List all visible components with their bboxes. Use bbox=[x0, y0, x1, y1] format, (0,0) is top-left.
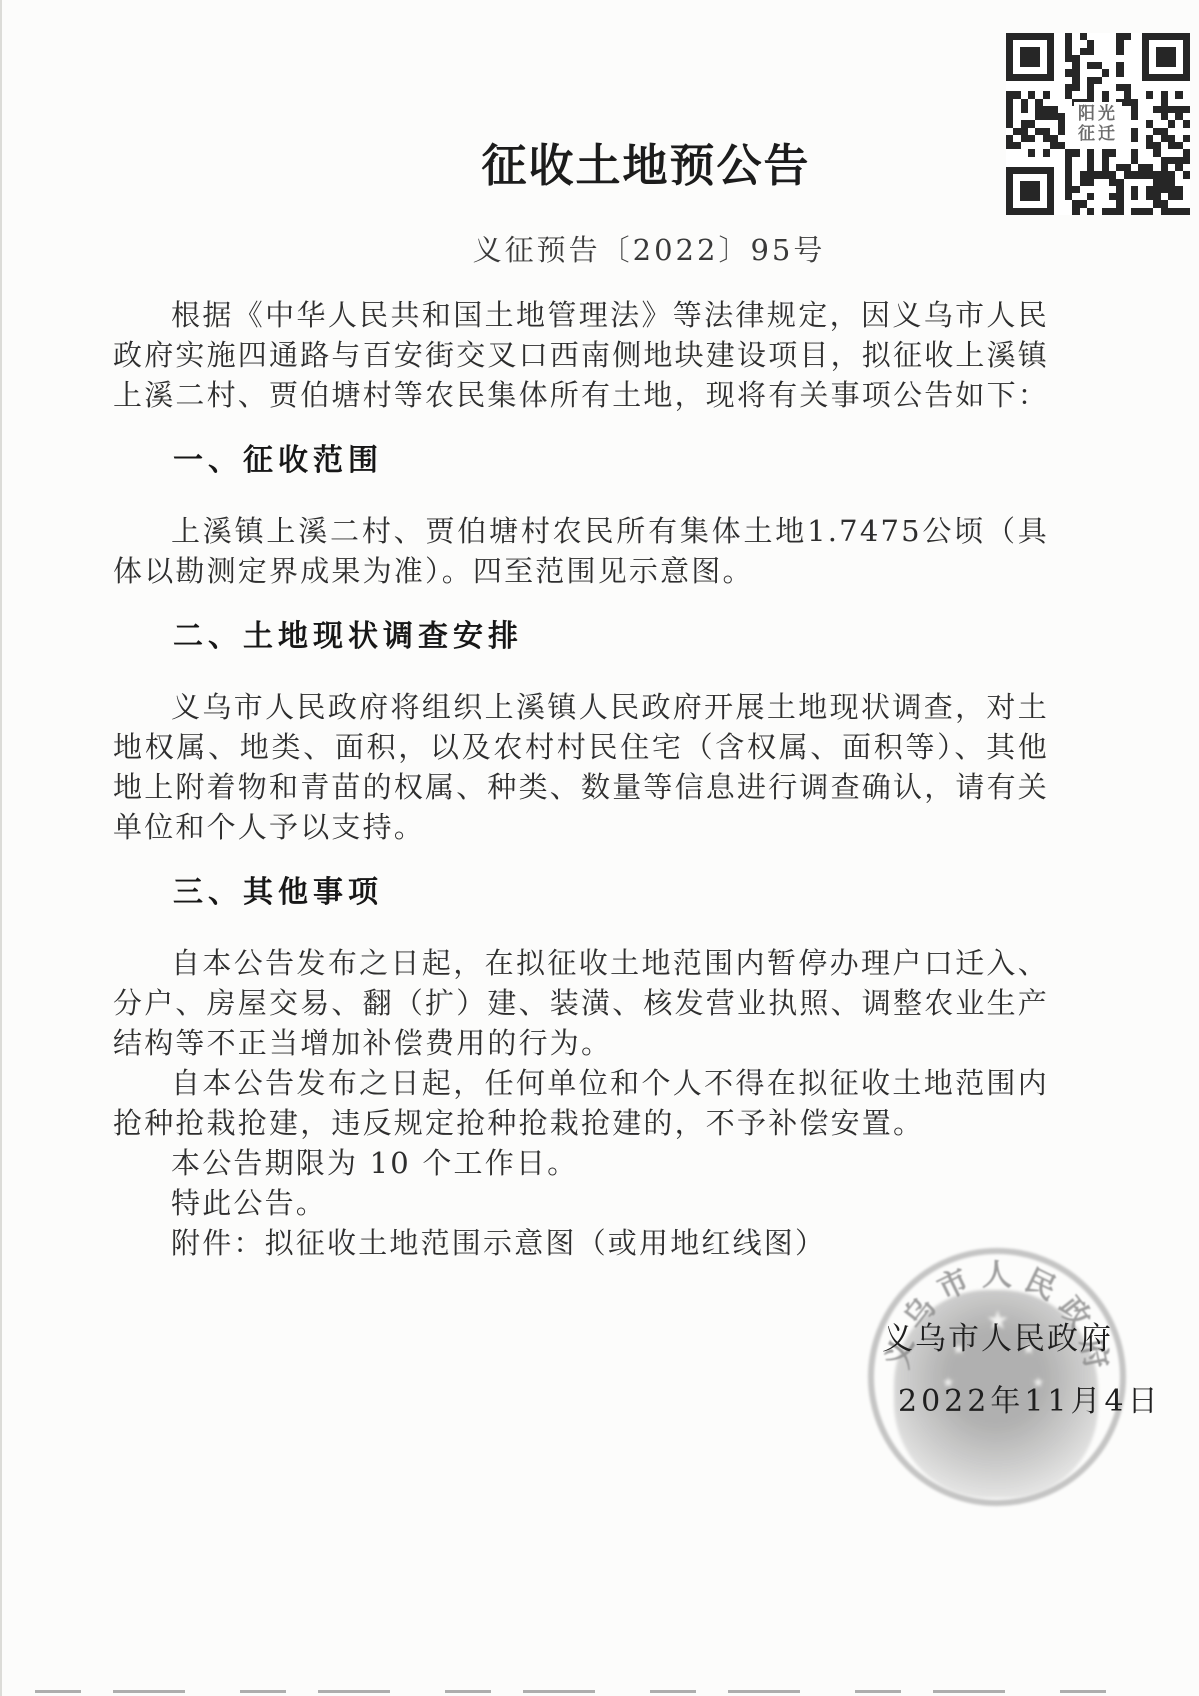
section-1-heading: 一、征收范围 bbox=[113, 441, 1049, 481]
document-page: 阳光 征迁 征收土地预公告 义征预告〔2022〕95号 根据《中华人民共和国土地… bbox=[0, 0, 1199, 1696]
document-body: 征收土地预公告 义征预告〔2022〕95号 根据《中华人民共和国土地管理法》等法… bbox=[113, 0, 1049, 1263]
qr-finder-top-right-icon bbox=[1142, 33, 1190, 81]
qr-label-line1: 阳光 bbox=[1078, 104, 1118, 124]
intro-paragraph: 根据《中华人民共和国土地管理法》等法律规定，因义乌市人民政府实施四通路与百安街交… bbox=[113, 295, 1049, 415]
qr-center-label: 阳光 征迁 bbox=[1074, 102, 1122, 146]
section-3-paragraph-2: 自本公告发布之日起，任何单位和个人不得在拟征收土地范围内抢种抢栽抢建，违反规定抢… bbox=[113, 1063, 1049, 1143]
issue-date: 2022年11月4日 bbox=[898, 1376, 1162, 1420]
notice-period-line: 本公告期限为 10 个工作日。 bbox=[113, 1143, 1049, 1183]
section-3-heading: 三、其他事项 bbox=[113, 873, 1049, 913]
section-2-heading: 二、土地现状调查安排 bbox=[113, 617, 1049, 657]
section-1-paragraph: 上溪镇上溪二村、贾伯塘村农民所有集体土地1.7475公顷（具体以勘测定界成果为准… bbox=[113, 511, 1049, 591]
scan-artifact-bottom-edge bbox=[35, 1690, 1110, 1693]
document-number: 义征预告〔2022〕95号 bbox=[181, 232, 1117, 268]
hereby-announced-line: 特此公告。 bbox=[113, 1183, 1049, 1223]
issuer-signature: 义乌市人民政府 bbox=[882, 1313, 1113, 1358]
section-2-paragraph: 义乌市人民政府将组织上溪镇人民政府开展土地现状调查，对土地权属、地类、面积，以及… bbox=[113, 687, 1049, 847]
section-3-paragraph-1: 自本公告发布之日起，在拟征收土地范围内暂停办理户口迁入、分户、房屋交易、翻（扩）… bbox=[113, 943, 1049, 1063]
page-title: 征收土地预公告 bbox=[178, 140, 1114, 192]
qr-label-line2: 征迁 bbox=[1078, 124, 1118, 144]
scan-artifact-left-edge bbox=[0, 0, 2, 1696]
